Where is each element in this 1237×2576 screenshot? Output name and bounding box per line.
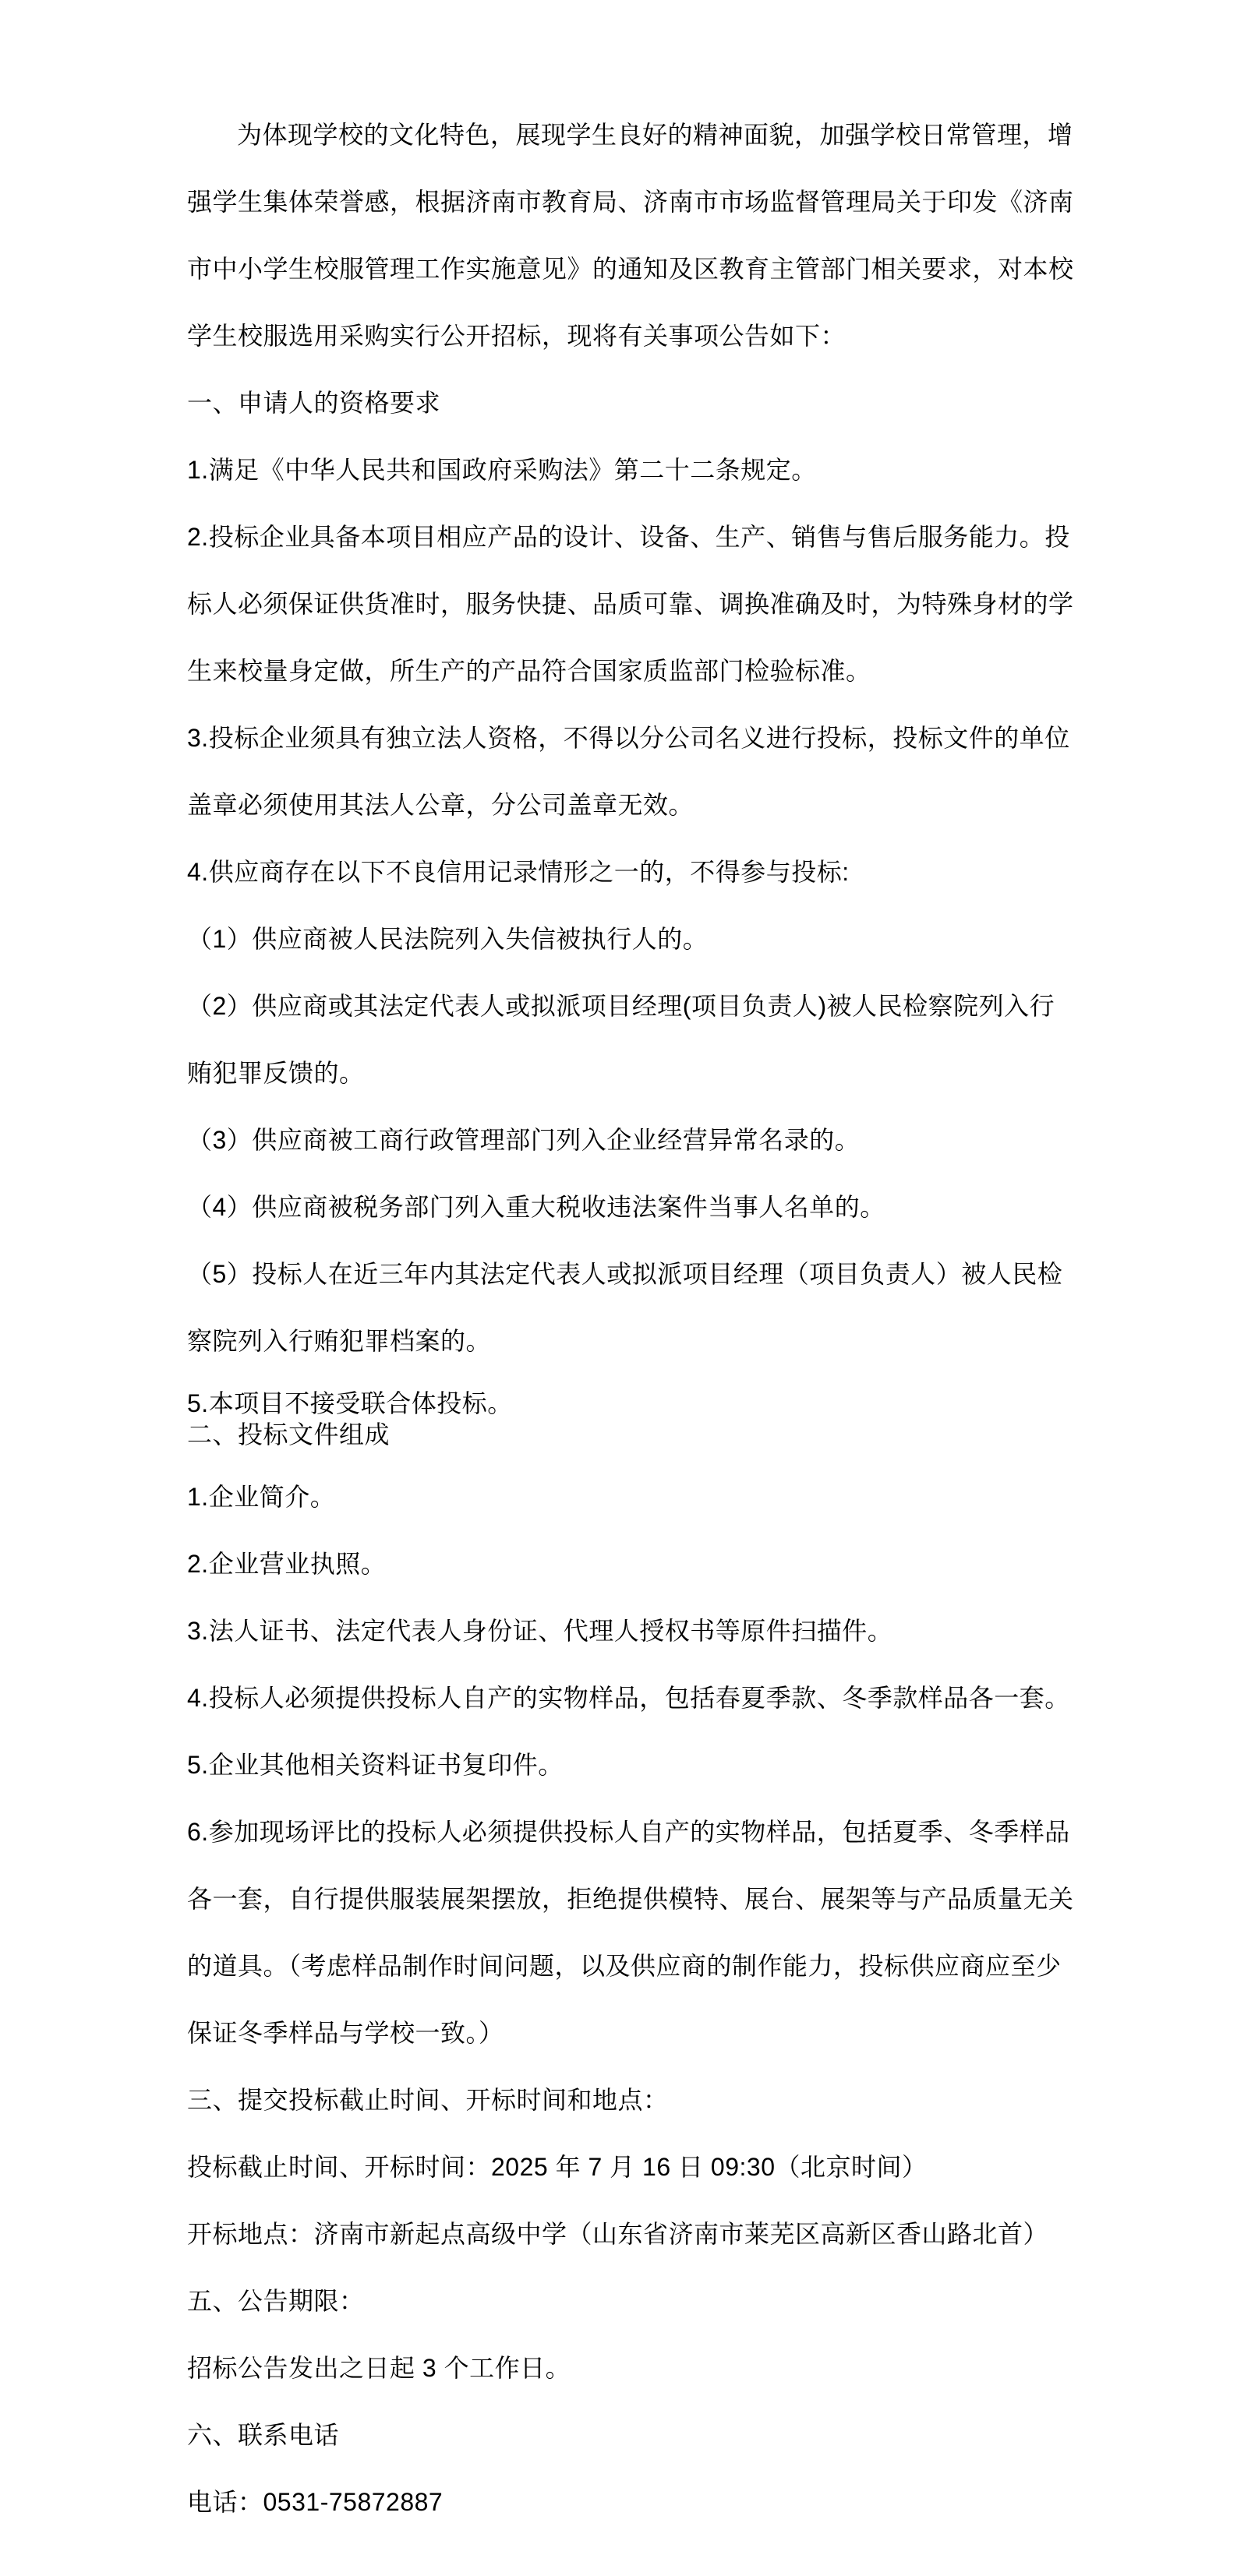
bid-opening-location-line: 开标地点：济南市新起点高级中学（山东省济南市莱芜区高新区香山路北首） — [187, 2200, 1190, 2267]
section-3-heading: 三、提交投标截止时间、开标时间和地点： — [187, 2066, 1190, 2133]
section-1-clause-4-item-2: （2）供应商或其法定代表人或拟派项目经理(项目负责人)被人民检察院列入行 贿犯罪… — [187, 972, 1190, 1106]
section-1-clause-5-and-section-2-heading: 5.本项目不接受联合体投标。 二、投标文件组成 — [187, 1374, 1190, 1463]
section-1-clause-4-item-5: （5）投标人在近三年内其法定代表人或拟派项目经理（项目负责人）被人民检 察院列入… — [187, 1240, 1190, 1374]
document-body: 为体现学校的文化特色，展现学生良好的精神面貌，加强学校日常管理，增 强学生集体荣… — [0, 0, 1237, 2535]
section-2-item-2: 2.企业营业执照。 — [187, 1530, 1190, 1597]
document-page: 为体现学校的文化特色，展现学生良好的精神面貌，加强学校日常管理，增 强学生集体荣… — [0, 0, 1237, 2576]
section-1-clause-4-item-3: （3）供应商被工商行政管理部门列入企业经营异常名录的。 — [187, 1106, 1190, 1173]
section-2-item-6: 6.参加现场评比的投标人必须提供投标人自产的实物样品，包括夏季、冬季样品 各一套… — [187, 1798, 1190, 2066]
section-1-clause-1: 1.满足《中华人民共和国政府采购法》第二十二条规定。 — [187, 436, 1190, 503]
bid-deadline-line: 投标截止时间、开标时间：2025 年 7 月 16 日 09:30（北京时间） — [187, 2133, 1190, 2200]
section-1-clause-4: 4.供应商存在以下不良信用记录情形之一的，不得参与投标: — [187, 838, 1190, 905]
section-5-heading: 五、公告期限： — [187, 2267, 1190, 2334]
notice-period-line: 招标公告发出之日起 3 个工作日。 — [187, 2334, 1190, 2401]
section-2-item-4: 4.投标人必须提供投标人自产的实物样品，包括春夏季款、冬季款样品各一套。 — [187, 1664, 1190, 1731]
intro-paragraph: 为体现学校的文化特色，展现学生良好的精神面貌，加强学校日常管理，增 强学生集体荣… — [187, 101, 1190, 369]
section-1-clause-4-item-4: （4）供应商被税务部门列入重大税收违法案件当事人名单的。 — [187, 1173, 1190, 1240]
section-6-heading: 六、联系电话 — [187, 2401, 1190, 2468]
phone-line: 电话：0531-75872887 — [187, 2468, 1190, 2535]
section-2-item-1: 1.企业简介。 — [187, 1463, 1190, 1530]
section-2-item-3: 3.法人证书、法定代表人身份证、代理人授权书等原件扫描件。 — [187, 1597, 1190, 1664]
section-1-clause-2: 2.投标企业具备本项目相应产品的设计、设备、生产、销售与售后服务能力。投 标人必… — [187, 503, 1190, 704]
section-1-clause-4-item-1: （1）供应商被人民法院列入失信被执行人的。 — [187, 905, 1190, 972]
section-2-item-5: 5.企业其他相关资料证书复印件。 — [187, 1731, 1190, 1798]
section-1-clause-3: 3.投标企业须具有独立法人资格，不得以分公司名义进行投标，投标文件的单位 盖章必… — [187, 704, 1190, 838]
section-1-heading: 一、申请人的资格要求 — [187, 369, 1190, 436]
